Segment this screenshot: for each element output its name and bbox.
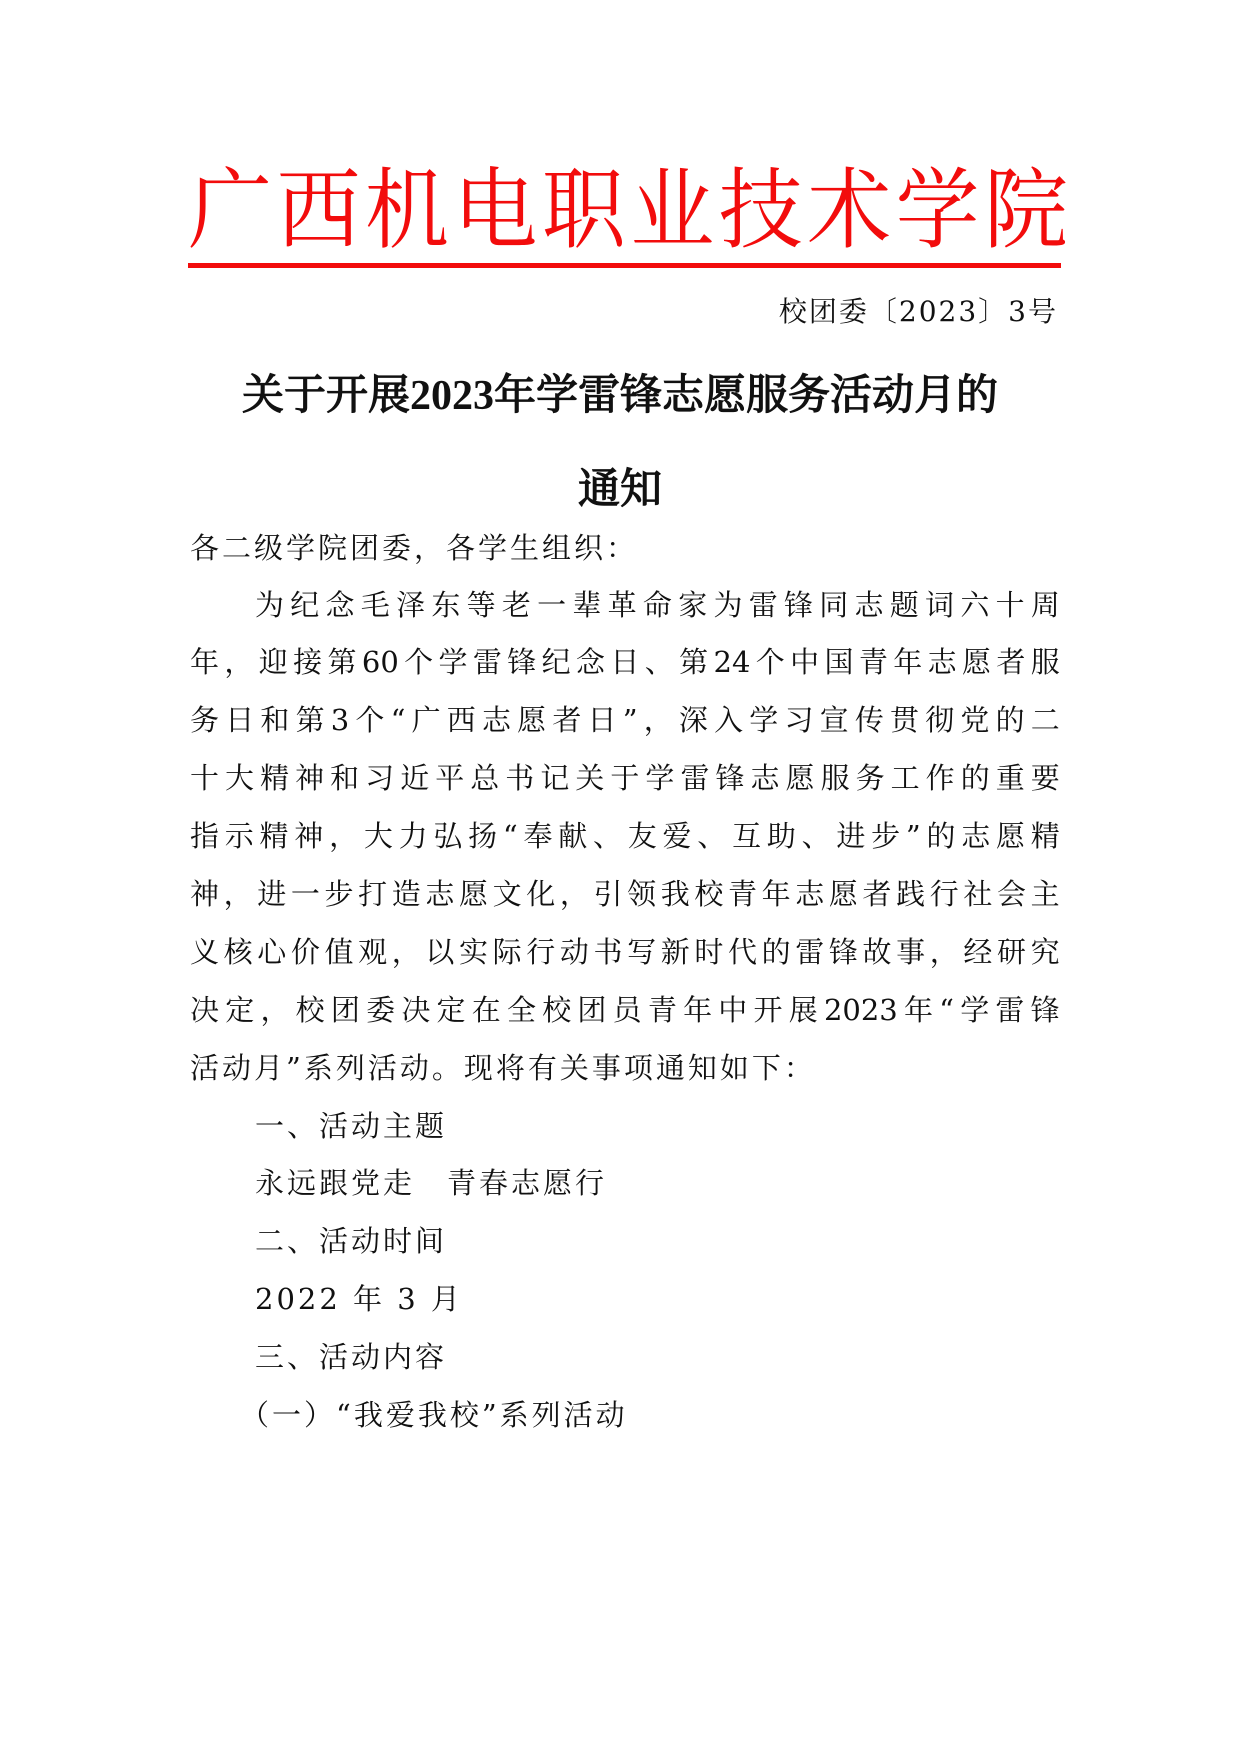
section-content-time: 2022 年 3 月 [255, 1279, 1125, 1319]
document-number: 校团委〔2023〕3号 [779, 292, 1058, 332]
body-line: 务日和第3个“广西志愿者日”，深入学习宣传贯彻党的二 [190, 700, 1060, 740]
body-line: 十大精神和习近平总书记关于学雷锋志愿服务工作的重要 [190, 758, 1060, 798]
letterhead-institution-name: 广西机电职业技术学院 [188, 160, 1068, 260]
salutation: 各二级学院团委，各学生组织： [190, 528, 1060, 568]
subsection-heading-love-school: （一）“我爱我校”系列活动 [240, 1395, 1110, 1435]
document-title-line-1: 关于开展2023年学雷锋志愿服务活动月的 [180, 368, 1060, 424]
section-content-theme: 永远跟党走 青春志愿行 [255, 1163, 1125, 1203]
section-heading-content: 三、活动内容 [255, 1337, 1125, 1377]
body-line: 活动月”系列活动。现将有关事项通知如下： [190, 1048, 1060, 1088]
body-line: 神，进一步打造志愿文化，引领我校青年志愿者践行社会主 [190, 874, 1060, 914]
body-line: 指示精神，大力弘扬“奉献、友爱、互助、进步”的志愿精 [190, 816, 1060, 856]
body-line: 决定，校团委决定在全校团员青年中开展2023年“学雷锋 [190, 990, 1060, 1030]
section-heading-time: 二、活动时间 [255, 1221, 1125, 1261]
letterhead-red-rule [188, 263, 1061, 268]
document-title-line-2: 通知 [180, 462, 1060, 518]
section-heading-theme: 一、活动主题 [255, 1106, 1125, 1146]
body-line: 年，迎接第60个学雷锋纪念日、第24个中国青年志愿者服 [190, 642, 1060, 682]
body-line: 义核心价值观，以实际行动书写新时代的雷锋故事，经研究 [190, 932, 1060, 972]
body-line: 为纪念毛泽东等老一辈革命家为雷锋同志题词六十周 [255, 585, 1060, 625]
